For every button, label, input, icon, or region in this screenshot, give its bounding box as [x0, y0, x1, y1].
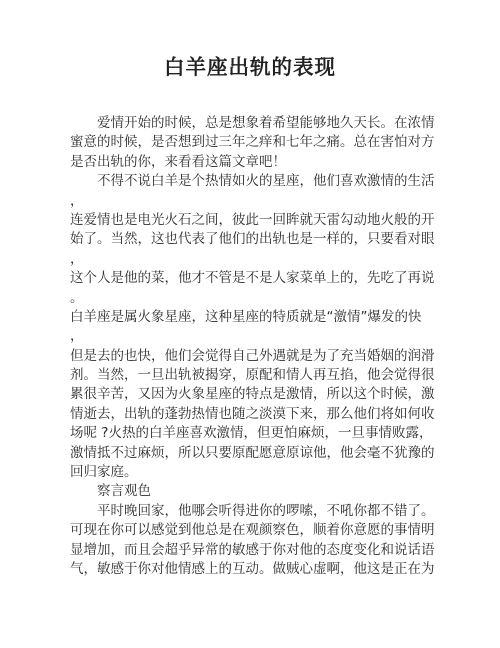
- text-line: 气，敏感于你对他情感上的互动。做贼心虚啊，他这是正在为: [70, 560, 434, 579]
- text-line: ，: [70, 250, 434, 269]
- text-line: 察言观色: [70, 482, 434, 501]
- text-line: 累很辛苦，又因为火象星座的特点是激情，所以这个时候，激: [70, 385, 434, 404]
- text-line: 。: [70, 289, 434, 308]
- text-line: 爱情开始的时候，总是想象着希望能够地久天长。在浓情: [70, 114, 434, 133]
- text-line: 场呢 ?火热的白羊座喜欢激情，但更怕麻烦，一旦事情败露，: [70, 424, 434, 443]
- text-line: ，: [70, 192, 434, 211]
- text-line: 但是去的也快，他们会觉得自己外遇就是为了充当婚姻的润滑: [70, 347, 434, 366]
- text-line: 显增加，而且会超乎异常的敏感于你对他的态度变化和说话语: [70, 541, 434, 560]
- text-line: 蜜意的时候，是否想到过三年之痒和七年之痛。总在害怕对方: [70, 133, 434, 152]
- text-line: ，: [70, 327, 434, 346]
- document-title: 白羊座出轨的表现: [0, 0, 500, 79]
- document-page: 白羊座出轨的表现 爱情开始的时候，总是想象着希望能够地久天长。在浓情蜜意的时候，…: [0, 0, 500, 648]
- text-line: 这个人是他的菜，他才不管是不是人家菜单上的，先吃了再说: [70, 269, 434, 288]
- text-line: 可现在你可以感觉到他总是在观颜察色，顺着你意愿的事情明: [70, 521, 434, 540]
- text-line: 情逝去，出轨的蓬勃热情也随之淡漠下来，那么他们将如何收: [70, 405, 434, 424]
- text-line: 剂。当然，一旦出轨被揭穿，原配和情人再互掐，他会觉得很: [70, 366, 434, 385]
- text-line: 白羊座是属火象星座，这种星座的特质就是“激情”爆发的快: [70, 308, 434, 327]
- text-line: 不得不说白羊是个热情如火的星座，他们喜欢激情的生活: [70, 172, 434, 191]
- text-line: 是否出轨的你，来看看这篇文章吧！: [70, 153, 434, 172]
- text-line: 回归家庭。: [70, 463, 434, 482]
- text-line: 始了。当然，这也代表了他们的出轨也是一样的，只要看对眼: [70, 230, 434, 249]
- document-body: 爱情开始的时候，总是想象着希望能够地久天长。在浓情蜜意的时候，是否想到过三年之痒…: [70, 114, 434, 579]
- text-line: 激情抵不过麻烦，所以只要原配愿意原谅他，他会毫不犹豫的: [70, 444, 434, 463]
- text-line: 平时晚回家，他哪会听得进你的啰嗦，不吼你都不错了。: [70, 502, 434, 521]
- text-line: 连爱情也是电光火石之间，彼此一回眸就天雷勾动地火般的开: [70, 211, 434, 230]
